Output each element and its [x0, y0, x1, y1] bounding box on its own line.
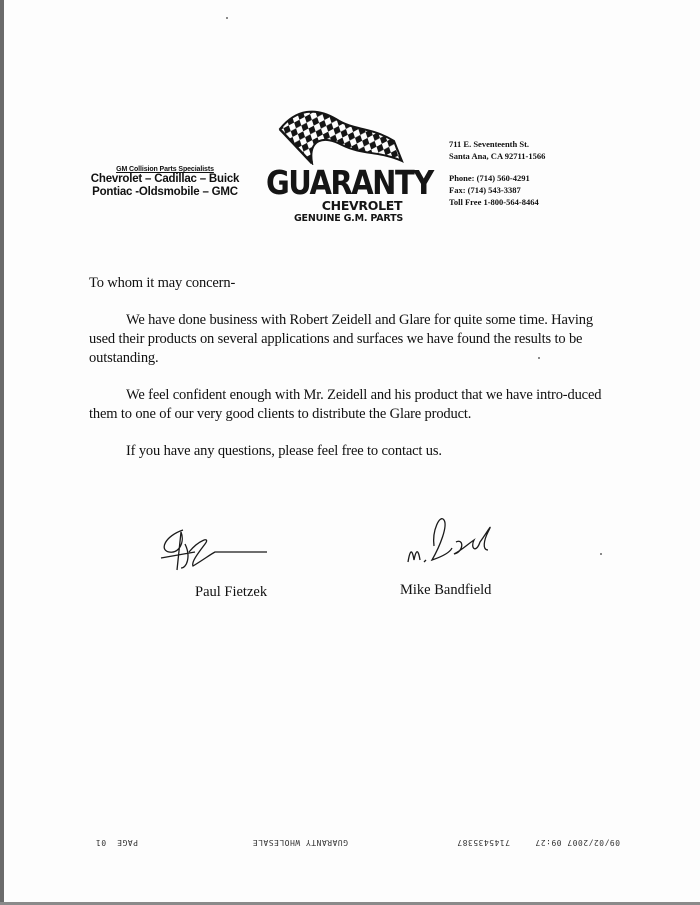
scan-speck: [226, 17, 228, 19]
scan-edge-left: [0, 0, 4, 905]
toll-free-number: Toll Free 1-800-564-8464: [449, 196, 545, 208]
letter-body: To whom it may concern- We have done bus…: [89, 274, 604, 479]
paragraph-2: We feel confident enough with Mr. Zeidel…: [89, 386, 604, 424]
letterhead-right: 711 E. Seventeenth St. Santa Ana, CA 927…: [449, 138, 545, 208]
brand-tagline: GENUINE G.M. PARTS: [286, 213, 411, 224]
scan-speck: [600, 553, 602, 555]
brand-subtitle: CHEVROLET: [312, 198, 412, 213]
salutation: To whom it may concern-: [89, 274, 604, 293]
signature-paul-fietzek: [155, 522, 275, 577]
brand-name: GUARANTY: [266, 163, 411, 202]
fax-sender: GUARANTY WHOLESALE: [252, 838, 348, 847]
specialists-tagline: GM Collision Parts Specialists: [80, 166, 250, 173]
address-line-1: 711 E. Seventeenth St.: [449, 138, 545, 150]
paragraph-1: We have done business with Robert Zeidel…: [89, 311, 604, 368]
signature-mike-bandfield: [404, 510, 504, 570]
fax-number: Fax: (714) 543-3387: [449, 184, 545, 196]
fax-page: PAGE 01: [95, 838, 138, 847]
fax-datetime: 09/02/2007 09:27: [535, 838, 620, 847]
fax-transmission-header: 09/02/2007 09:27 7145435387 GUARANTY WHO…: [80, 833, 620, 847]
phone-number: Phone: (714) 560-4291: [449, 172, 545, 184]
address-line-2: Santa Ana, CA 92711-1566: [449, 150, 545, 162]
brands-line-1: Chevrolet – Cadillac – Buick: [80, 173, 250, 186]
checkered-flag-icon: [276, 105, 406, 165]
signer-name-1: Paul Fietzek: [195, 584, 267, 601]
fax-number-footer: 7145435387: [457, 838, 510, 847]
company-logo: GUARANTY CHEVROLET GENUINE G.M. PARTS: [266, 105, 416, 230]
signer-name-2: Mike Bandfield: [400, 582, 491, 599]
letterhead-left: GM Collision Parts Specialists Chevrolet…: [80, 166, 250, 199]
paragraph-3: If you have any questions, please feel f…: [89, 442, 604, 461]
brands-line-2: Pontiac -Oldsmobile – GMC: [80, 186, 250, 199]
